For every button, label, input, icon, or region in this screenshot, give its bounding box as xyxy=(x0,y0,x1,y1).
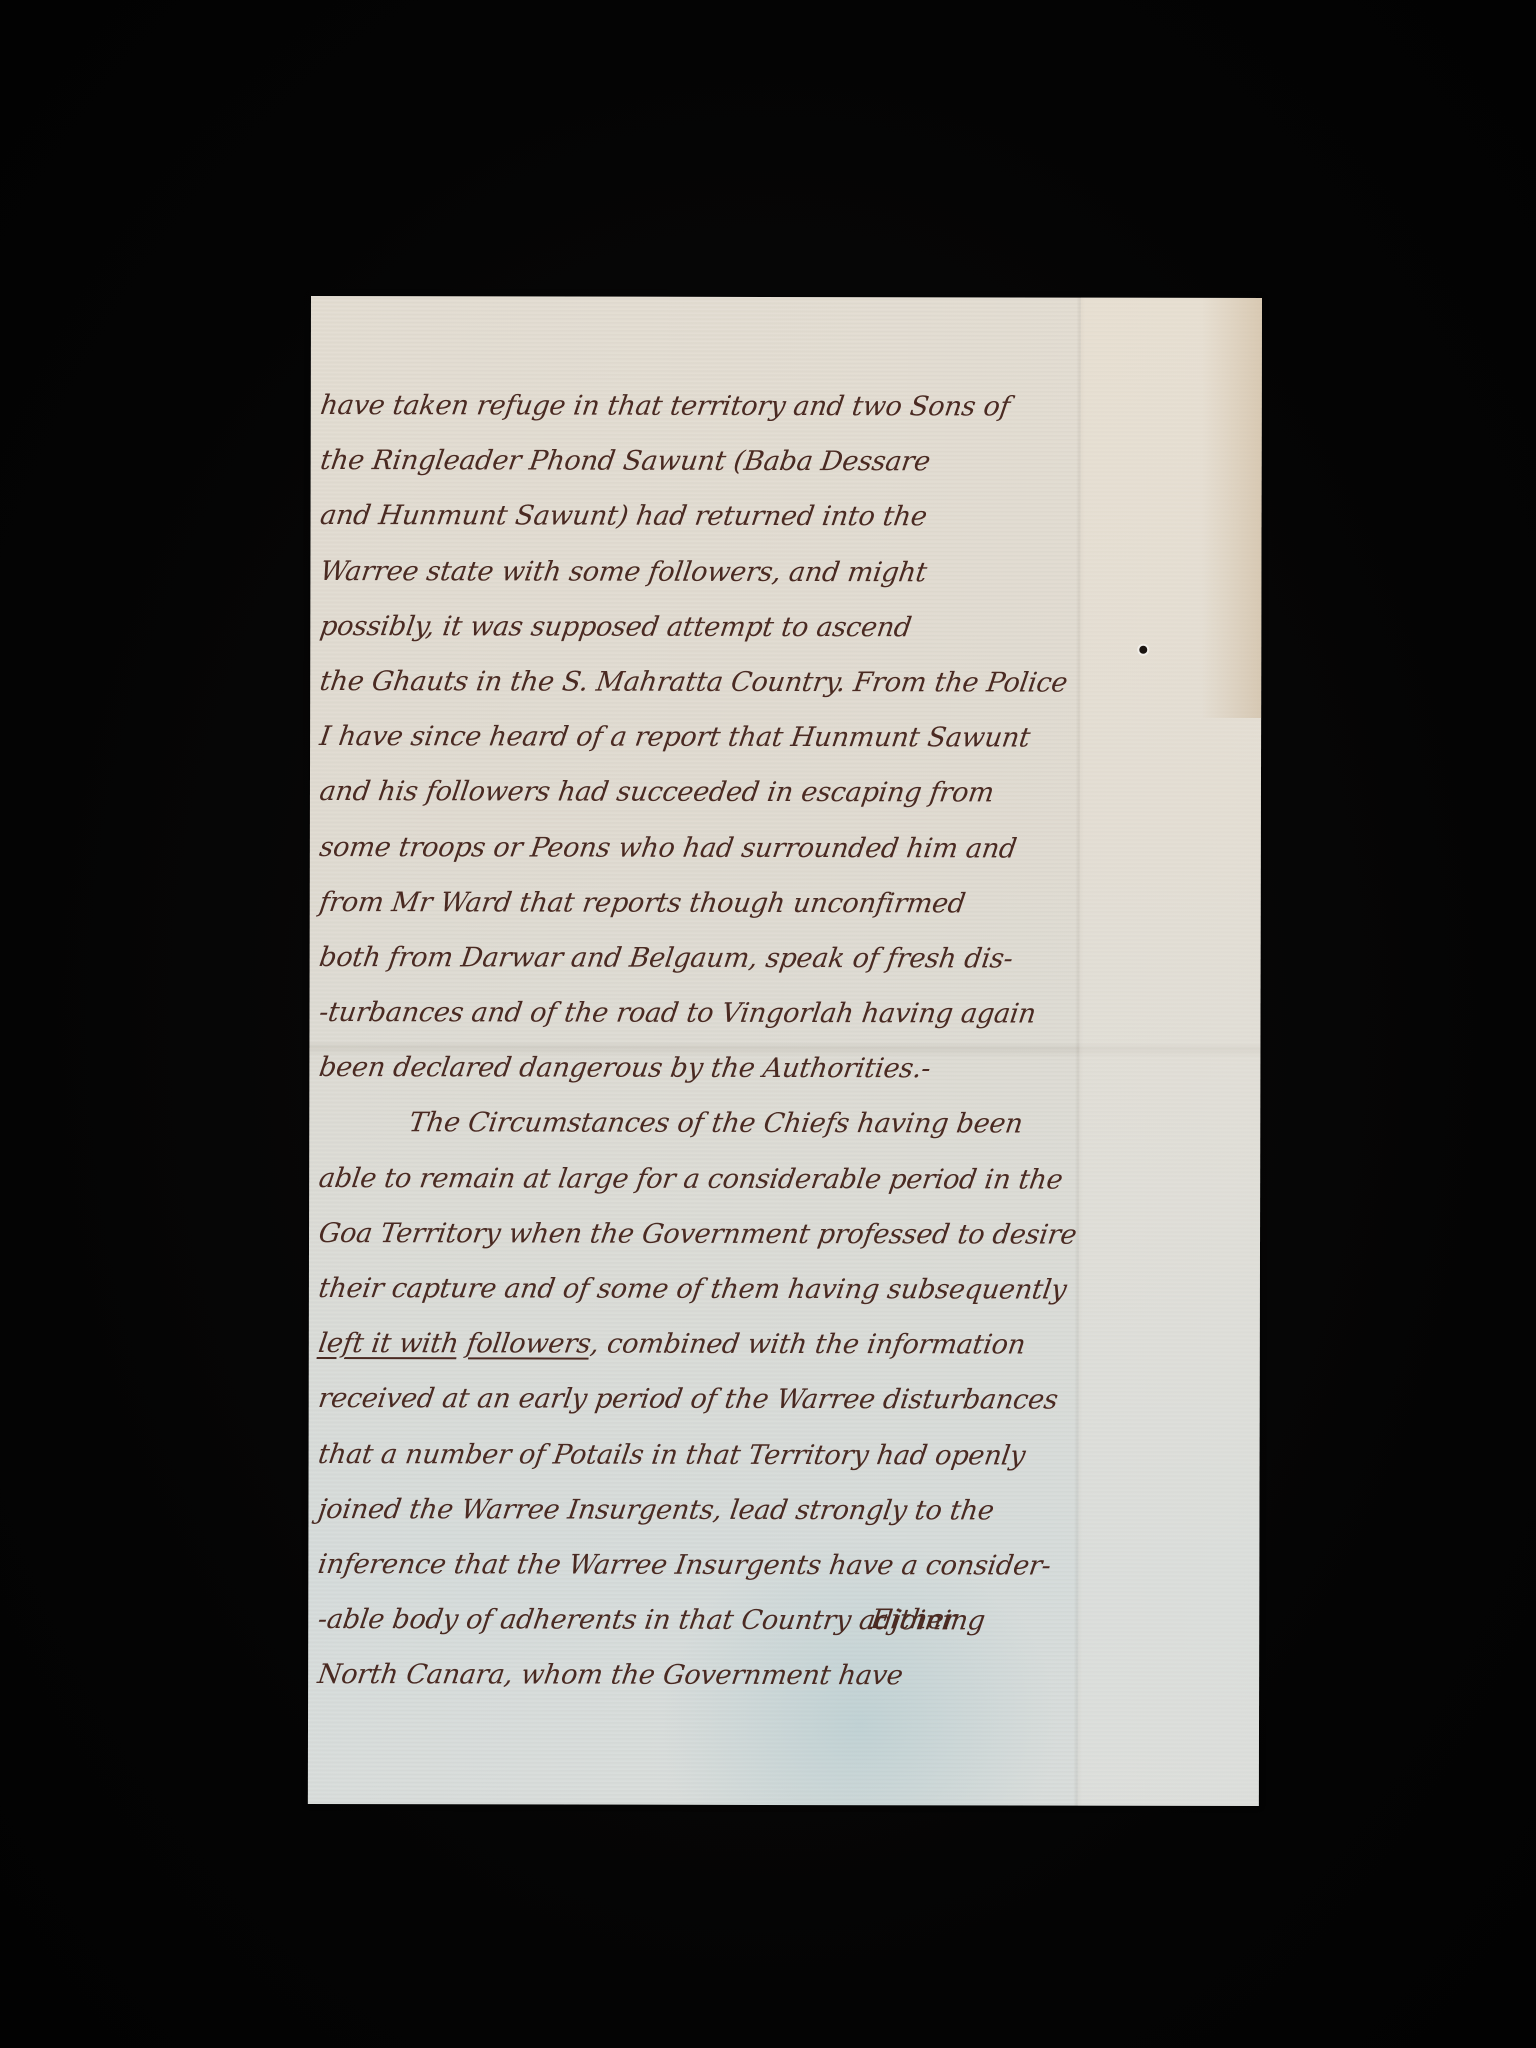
text-line: -turbances and of the road to Vingorlah … xyxy=(315,985,1023,1042)
text-line: some troops or Peons who had surrounded … xyxy=(316,820,1024,877)
text-line: possibly, it was supposed attempt to asc… xyxy=(316,599,1024,656)
text-line: and his followers had succeeded in escap… xyxy=(316,764,1024,821)
text-line: Goa Territory when the Government profes… xyxy=(315,1206,1023,1263)
pin-hole xyxy=(1139,646,1147,654)
text-line: and Hunmunt Sawunt) had returned into th… xyxy=(316,488,1024,545)
text-line: from Mr Ward that reports though unconfi… xyxy=(316,875,1024,932)
text-line: been declared dangerous by the Authoriti… xyxy=(315,1040,1023,1097)
text-line: the Ghauts in the S. Mahratta Country. F… xyxy=(316,654,1024,711)
text-line: joined the Warree Insurgents, lead stron… xyxy=(314,1482,1022,1539)
text-line: I have since heard of a report that Hunm… xyxy=(316,709,1024,766)
text-line: received at an early period of the Warre… xyxy=(315,1371,1023,1428)
paragraph-start-line: The Circumstances of the Chiefs having b… xyxy=(315,1095,1023,1152)
line-remainder: , combined with the information xyxy=(588,1329,1027,1361)
underlined-word: followers xyxy=(465,1329,593,1360)
underlined-text-line: left it with followers, combined with th… xyxy=(315,1316,1023,1373)
text-line: able to remain at large for a considerab… xyxy=(315,1151,1023,1208)
text-line: that a number of Potails in that Territo… xyxy=(315,1427,1023,1484)
text-line: both from Darwar and Belgaum, speak of f… xyxy=(316,930,1024,987)
text-line: the Ringleader Phond Sawunt (Baba Dessar… xyxy=(317,433,1025,490)
handwritten-text: have taken refuge in that territory and … xyxy=(314,378,1017,1704)
text-line: Warree state with some followers, and mi… xyxy=(316,544,1024,601)
text-line: North Canara, whom the Government have xyxy=(314,1647,1022,1704)
letter-page: have taken refuge in that territory and … xyxy=(308,296,1262,1806)
catchword: Either xyxy=(869,1604,959,1635)
text-line: their capture and of some of them having… xyxy=(315,1261,1023,1318)
text-line: inference that the Warree Insurgents hav… xyxy=(314,1537,1022,1594)
underlined-phrase: left it with xyxy=(316,1328,460,1359)
photo-background: have taken refuge in that territory and … xyxy=(0,0,1536,2048)
text-line: have taken refuge in that territory and … xyxy=(317,378,1025,435)
